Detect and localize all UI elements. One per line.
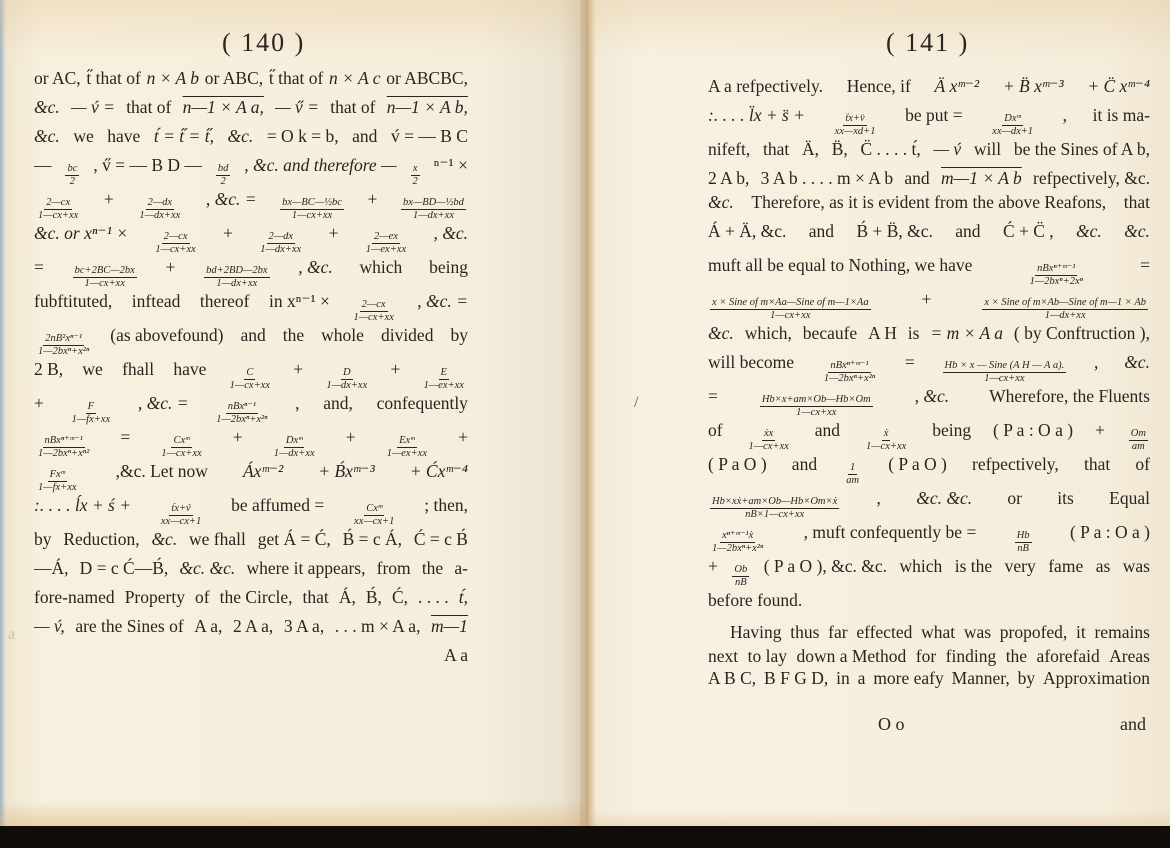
text-line: A B C, B F G D, in a more eafy Manner, b… <box>708 664 1150 686</box>
fraction: bc2 <box>65 163 79 188</box>
text-line: &c. we have t́ = t̋ = t̋, &c. = O k = b,… <box>34 122 468 151</box>
formula-line: :. . . . ĺx + ś + t́x+v́xx—cx+1 be affum… <box>34 491 468 525</box>
formula-line: xⁿ⁺ᵐ⁻¹ẋ1—2bxⁿ+x²ⁿ , muft confequently be… <box>708 518 1150 552</box>
text-line: by Reduction, &c. we fhall get Á = Ć, B́… <box>34 525 468 554</box>
paragraph-first-line: Having thus far effected what was propof… <box>708 618 1150 642</box>
text-line: A a <box>34 641 468 665</box>
text-line: — v́, are the Sines of A a, 2 A a, 3 A a… <box>34 612 468 641</box>
formula-line: 2 B, we fhall have C1—cx+xx + D1—dx+xx +… <box>34 355 468 389</box>
fraction: nBxⁿ⁺ᵐ⁻¹1—2bxⁿ+2xⁿ <box>1028 263 1085 288</box>
text-line: &c. Therefore, as it is evident from the… <box>708 188 1150 217</box>
formula-line: = Hb×x+am×Ob—Hb×Om1—cx+xx , &c. Wherefor… <box>708 382 1150 416</box>
text-line: 2 A b, 3 A b . . . . m × A b and m—1 × A… <box>708 164 1150 188</box>
formula-line: ( P a O ) and 1am ( P a O ) refpectively… <box>708 450 1150 484</box>
text-line: next to lay down a Method for finding th… <box>708 642 1150 664</box>
text-line: Á + Ä, &c. and B́ + B̈, &c. and Ć + C̈ ,… <box>708 217 1150 251</box>
formula-line: will become nBxⁿ⁺ᵐ⁻¹1—2bxⁿ+x²ⁿ = Hb × x … <box>708 348 1150 382</box>
formula-line: :. . . . l̈x + s̈ + ẗx+v̈xx—xd+1 be put … <box>708 101 1150 135</box>
fraction: F1—fx+xx <box>70 401 113 426</box>
formula-line: + F1—fx+xx , &c. = nBxⁿ⁻¹1—2bxⁿ+x²ⁿ , an… <box>34 389 468 423</box>
right-page-text: A a refpectively. Hence, if Ä xᵐ⁻² + B̈ … <box>708 72 1150 686</box>
page-number: ( 140 ) <box>222 28 305 58</box>
formula-line: &c. or xⁿ⁻¹ × 2—cx1—cx+xx + 2—dx1—dx+xx … <box>34 219 468 253</box>
text-line: —Á, D = c Ć—B́, &c. &c. where it appears… <box>34 554 468 583</box>
formula-line: 2nB²xⁿ⁻¹1—2bxⁿ+x²ⁿ (as abovefound) and t… <box>34 321 468 355</box>
fraction: xⁿ⁺ᵐ⁻¹ẋ1—2bxⁿ+x²ⁿ <box>710 530 765 555</box>
text-line: before found. <box>708 586 1150 610</box>
text-line: &c. which, becaufe A H is = m × A a ( by… <box>708 319 1150 348</box>
fraction: 2—dx1—dx+xx <box>137 197 182 222</box>
formula-line: Fxᵐ1—fx+xx ,&c. Let now Áxᵐ⁻² + B́xᵐ⁻³ +… <box>34 457 468 491</box>
formula-line: of ẋx1—cx+xx and ẋ1—cx+xx being ( P a : … <box>708 416 1150 450</box>
fraction: 2—dx1—dx+xx <box>258 231 303 256</box>
formula-line: x × Sine of m×Aa—Sine of m—1×Aa1—cx+xx +… <box>708 285 1150 319</box>
left-page-text: or AC, t̋ that of n × A b or ABC, t̋ tha… <box>34 64 468 665</box>
fraction: C1—cx+xx <box>228 367 272 392</box>
text-line: nifeft, that Ä, B̈, C̈ . . . . t́, — v́ … <box>708 135 1150 164</box>
text-line: A a refpectively. Hence, if Ä xᵐ⁻² + B̈ … <box>708 72 1150 101</box>
fraction: 1am <box>844 462 861 487</box>
signature-mark: O o <box>878 714 905 735</box>
formula-line: + ObnB ( P a O ), &c. &c. which is the v… <box>708 552 1150 586</box>
formula-line: = bc+2BC—2bx1—cx+xx + bd+2BD—2bx1—dx+xx … <box>34 253 468 287</box>
table-surface <box>0 826 1170 848</box>
formula-line: muft all be equal to Nothing, we have nB… <box>708 251 1150 285</box>
formula-line: 2—cx1—cx+xx + 2—dx1—dx+xx , &c. = bx—BC—… <box>34 185 468 219</box>
text-line: &c. — v́ = that of n—1 × A a, — v̋ = tha… <box>34 93 468 122</box>
paper-stain <box>588 0 1170 60</box>
fraction: nBxⁿ⁺ᵐ⁻¹1—2bxⁿ+x²ⁿ <box>822 360 877 385</box>
text-line: or AC, t̋ that of n × A b or ABC, t̋ tha… <box>34 64 468 93</box>
fraction: 2—cx1—cx+xx <box>153 231 197 256</box>
page-number: ( 141 ) <box>886 28 969 58</box>
formula-line: nBxⁿ⁺ᵐ⁻¹1—2bxⁿ+xⁿ² = Cxᵐ1—cx+xx + Dxᵐ1—d… <box>34 423 468 457</box>
fraction: nBxⁿ⁺ᵐ⁻¹1—2bxⁿ+xⁿ² <box>36 435 91 460</box>
catchword: and <box>1120 714 1146 735</box>
fraction: x2 <box>411 163 420 188</box>
pencil-mark: / <box>634 394 638 412</box>
bleed-through-mark: a <box>8 626 15 644</box>
right-page: ( 141 ) / A a refpectively. Hence, if Ä … <box>588 0 1170 840</box>
formula-line: Hb×xẋ+am×Ob—Hb×Om×ẋnB×1—cx+xx , &c. &c. … <box>708 484 1150 518</box>
text-line: fore-named Property of the Circle, that … <box>34 583 468 612</box>
left-page: ( 140 ) or AC, t̋ that of n × A b or ABC… <box>0 0 588 830</box>
formula-line: — bc2 , v̋ = — B D — bd2 , &c. and there… <box>34 151 468 185</box>
formula-line: fubftituted, inftead thereof in xⁿ⁻¹ × 2… <box>34 287 468 321</box>
